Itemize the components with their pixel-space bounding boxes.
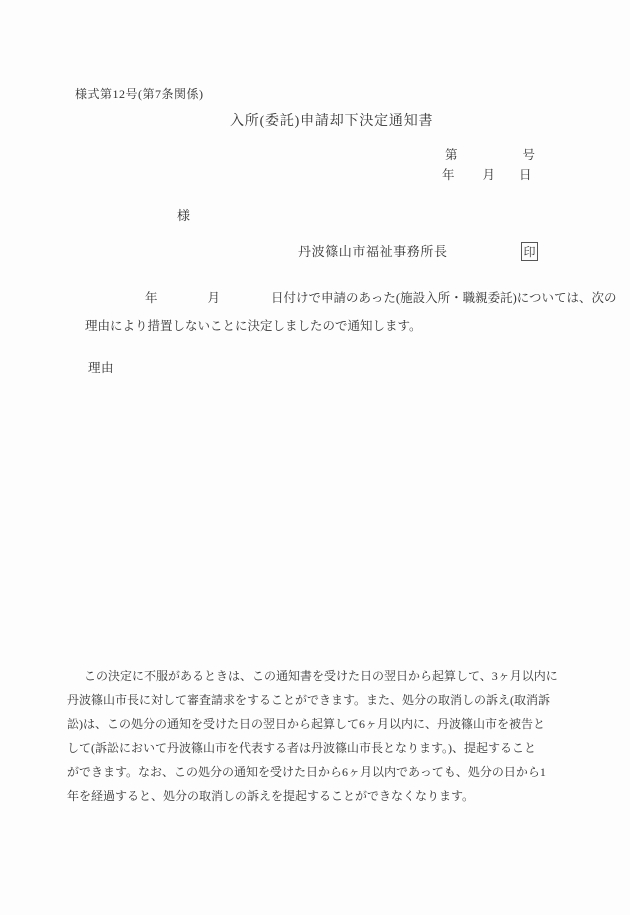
body-month-label: 月	[208, 291, 221, 305]
appeal-notice-paragraph: この決定に不服があるときは、この通知書を受けた日の翌日から起算して、3ヶ月以内に…	[67, 664, 577, 808]
document-number-line: 第号	[445, 149, 535, 162]
body-paragraph-line2: 理由により措置しないことに決定しましたので通知します。	[85, 320, 422, 333]
date-year-label: 年	[442, 168, 455, 182]
doc-number-prefix: 第	[445, 148, 458, 162]
appeal-notice-line: ができます。なお、この処分の通知を受けた日から6ヶ月以内であっても、処分の日から…	[67, 760, 577, 784]
date-day-label: 日	[519, 168, 532, 182]
body-year-label: 年	[145, 291, 158, 305]
form-number: 様式第12号(第7条関係)	[75, 88, 204, 100]
appeal-notice-line: 丹波篠山市長に対して審査請求をすることができます。また、処分の取消しの訴え(取消…	[67, 688, 577, 712]
appeal-notice-line: この決定に不服があるときは、この通知書を受けた日の翌日から起算して、3ヶ月以内に	[67, 664, 577, 688]
document-page: 様式第12号(第7条関係) 入所(委託)申請却下決定通知書 第号 年月日 様 丹…	[0, 0, 630, 915]
date-month-label: 月	[483, 168, 496, 182]
appeal-notice-line: して(訴訟において丹波篠山市を代表する者は丹波篠山市長となります。)、提起するこ…	[67, 736, 577, 760]
reason-label: 理由	[88, 362, 114, 375]
body-day-and-text: 日付けで申請のあった(施設入所・職親委託)については、次の	[271, 291, 616, 305]
appeal-notice-line: 年を経過すると、処分の取消しの訴えを提起することができなくなります。	[67, 784, 577, 808]
seal-label: 印	[523, 243, 535, 260]
doc-number-suffix: 号	[523, 148, 536, 162]
issue-date-line: 年月日	[442, 169, 532, 182]
seal-box: 印	[521, 242, 538, 261]
appeal-notice-line: 訟)は、この処分の通知を受けた日の翌日から起算して6ヶ月以内に、丹波篠山市を被告…	[67, 712, 577, 736]
document-title: 入所(委託)申請却下決定通知書	[230, 115, 433, 129]
body-paragraph-line1: 年月日付けで申請のあった(施設入所・職親委託)については、次の	[145, 292, 616, 305]
sender-title: 丹波篠山市福祉事務所長	[298, 245, 448, 258]
addressee-honorific: 様	[177, 209, 190, 222]
